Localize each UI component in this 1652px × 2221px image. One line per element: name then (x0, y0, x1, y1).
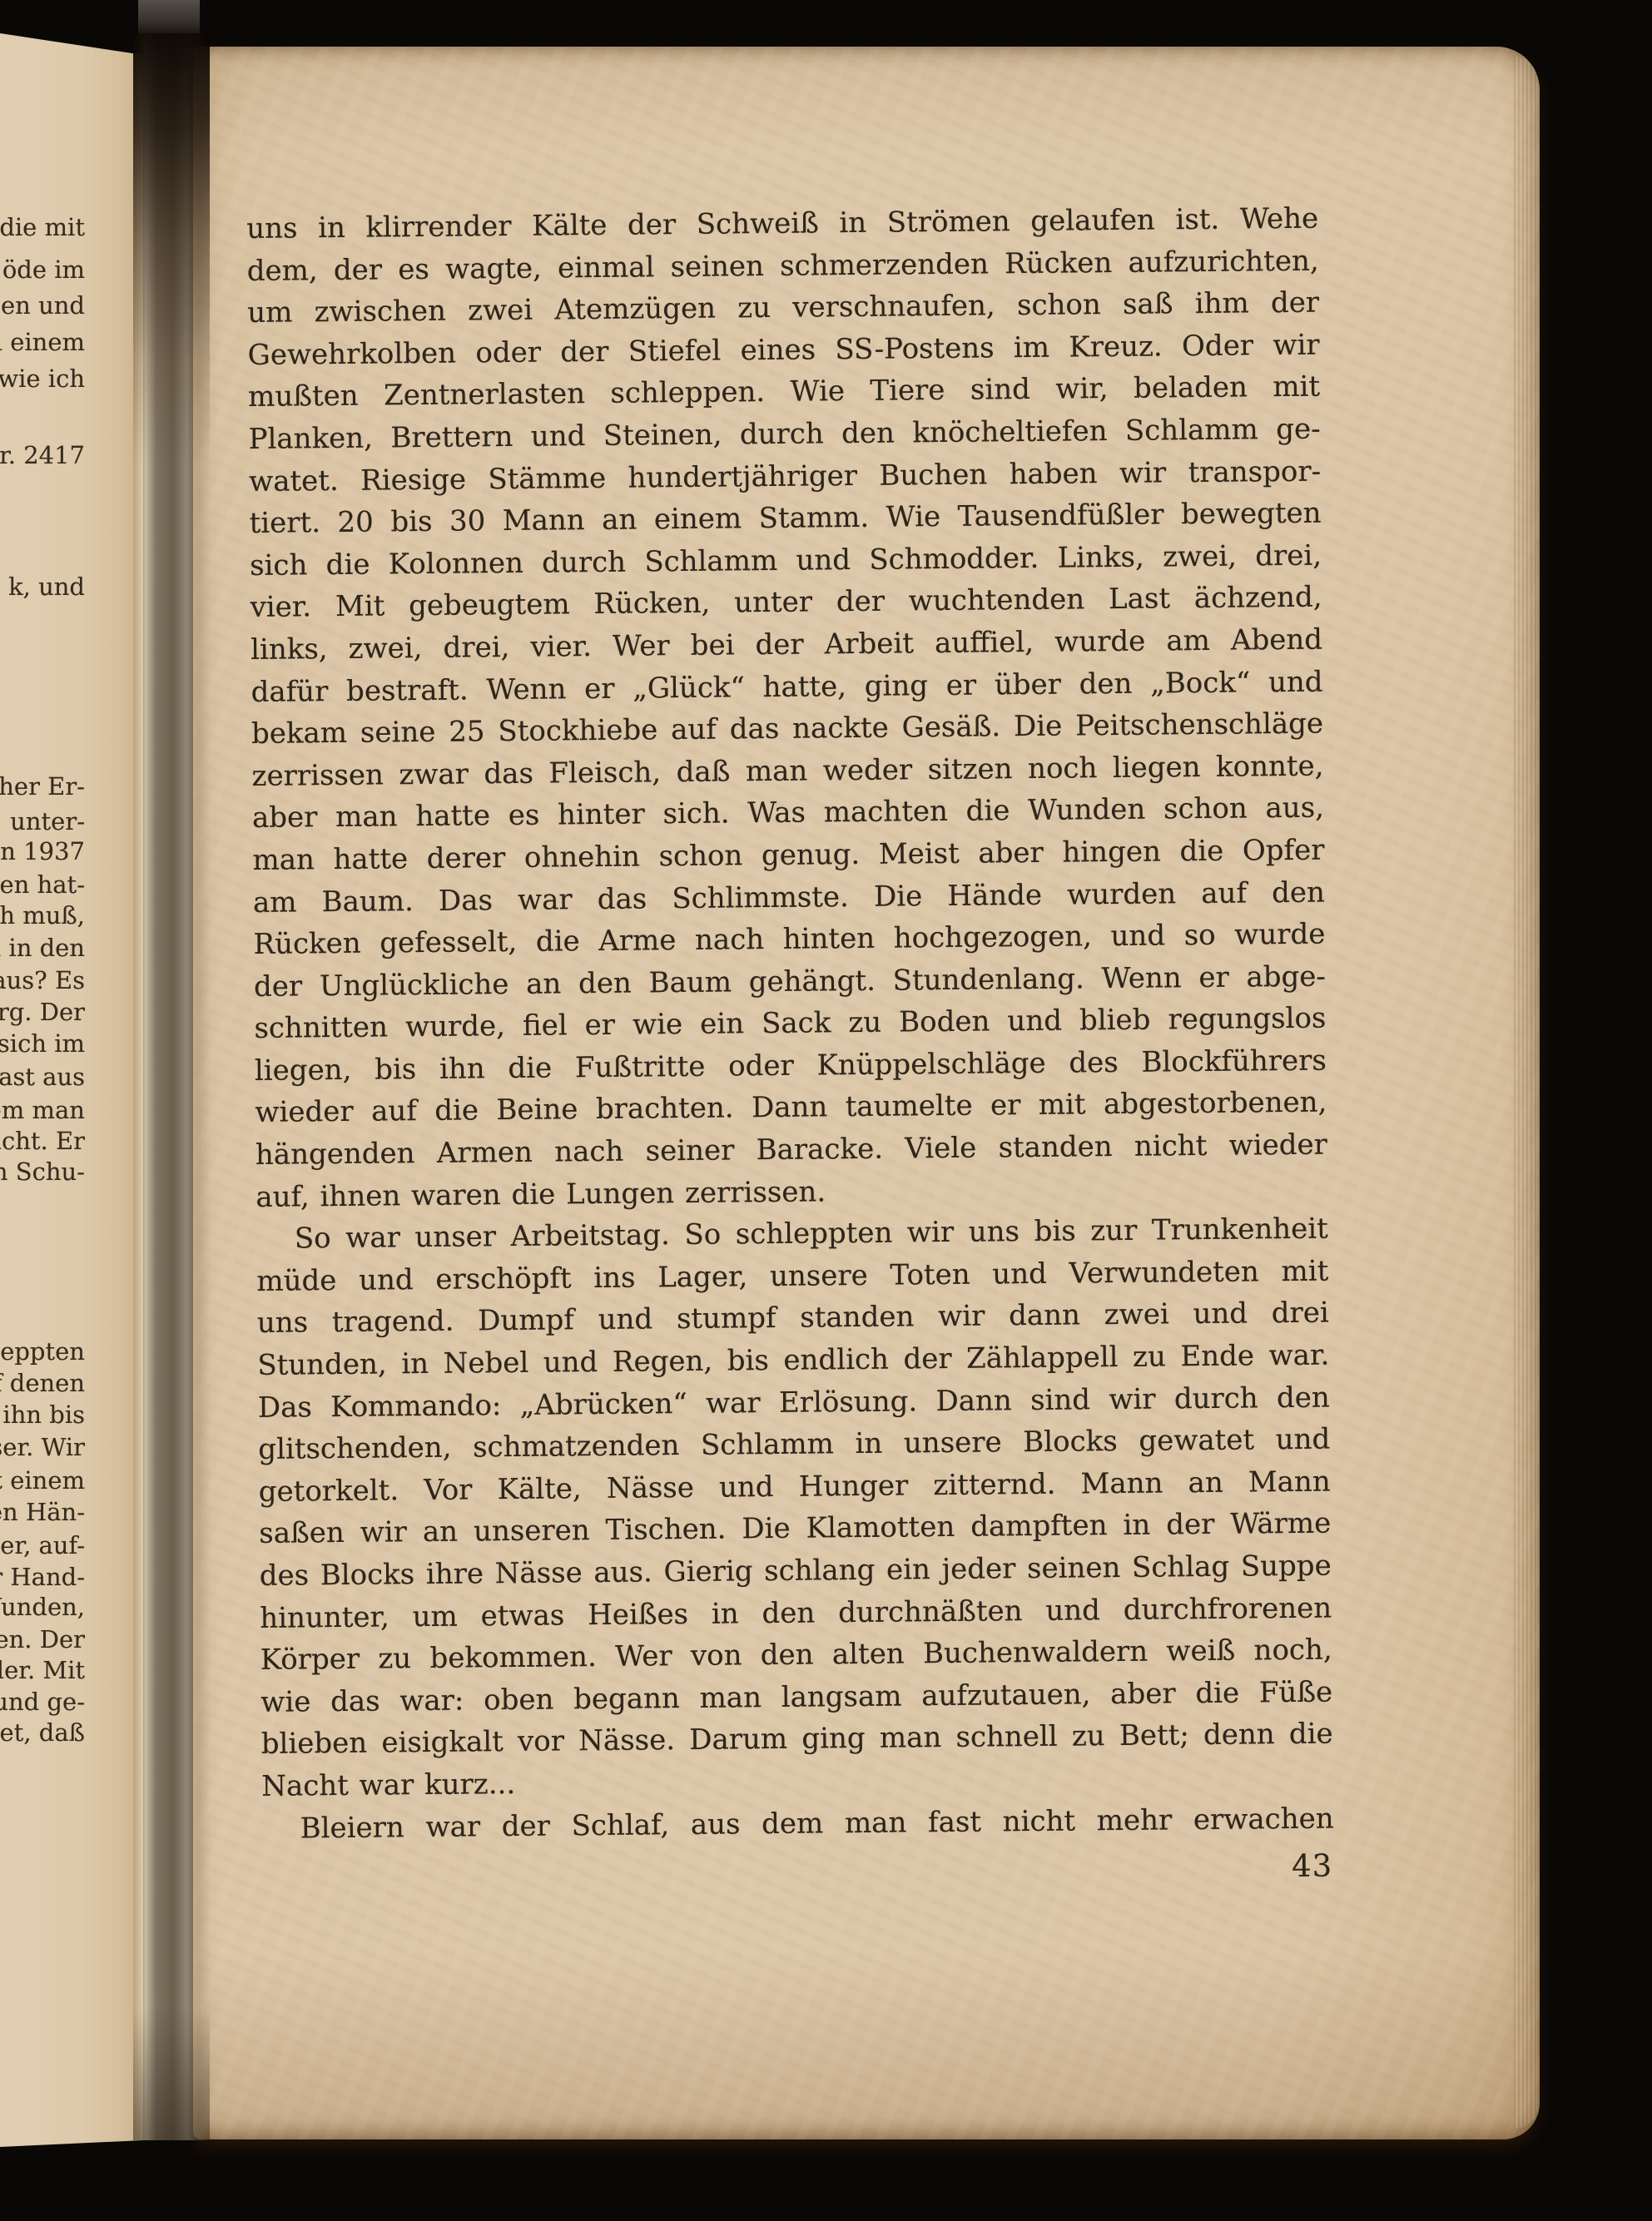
left-page-text-fragment: sich im (0, 1029, 85, 1058)
book-scan: die mitöde imen undı einemwie ichNr. 241… (0, 0, 1652, 2221)
left-page-text-fragment: die mit (0, 213, 85, 241)
left-page-text-fragment: it einem (0, 1466, 85, 1495)
page-text-block: uns in klirrender Kälte der Schweiß in S… (246, 198, 1334, 1894)
left-page-text-fragment: llen. Der (0, 1625, 85, 1653)
left-page-text-fragment: erg. Der (0, 998, 85, 1026)
left-page-text-fragment: en und (1, 291, 85, 320)
page-text-lines: uns in klirrender Kälte der Schweiß in S… (246, 198, 1334, 1850)
left-page-text-fragment: öde im (2, 255, 85, 284)
left-page-text-fragment: Nr. 2417 (0, 441, 85, 469)
left-page-text-fragment: rast aus (0, 1063, 85, 1091)
left-page-text-fragment: aus? Es (0, 966, 85, 994)
left-page-text-fragment: r Hand- (0, 1563, 85, 1591)
left-page-text-fragment: em man (0, 1096, 85, 1124)
left-page-text-fragment: lter, auf- (0, 1531, 85, 1559)
left-page-text-fragment: ı ihn bis (0, 1401, 85, 1429)
left-page-text-fragment: acht. Er (0, 1127, 85, 1155)
left-page-edge: die mitöde imen undı einemwie ichNr. 241… (0, 33, 143, 2152)
left-page-text-fragment: ser. Wir (0, 1433, 85, 1461)
left-page-text-fragment: ı einem (0, 328, 85, 356)
left-page-text-fragment: k, und (8, 573, 85, 601)
left-page-text-fragment: wie ich (0, 364, 85, 393)
page-number: 43 (262, 1848, 1334, 1894)
spine-top (138, 0, 200, 37)
left-page-text-fragment: und ge- (0, 1688, 85, 1716)
left-page-text-fragment: tet, daß (0, 1718, 85, 1747)
book-page: uns in klirrender Kälte der Schweiß in S… (193, 47, 1540, 2139)
left-page-text-fragment: len Hän- (0, 1498, 85, 1526)
left-page-text-fragment: her Er- (0, 772, 85, 801)
left-page-text-fragment: en hat- (0, 870, 85, 899)
left-page-text-fragment: eder. Mit (0, 1656, 85, 1684)
left-page-text-fragment: ı in den (0, 934, 85, 962)
left-page-text-fragment: Wunden, (0, 1593, 85, 1621)
left-page-text-fragment: n Schu- (0, 1158, 85, 1186)
left-page-text-fragment: unter- (10, 807, 85, 835)
left-page-text-fragment: ch muß, (0, 901, 85, 930)
left-page-text-fragment: uf denen (0, 1369, 85, 1397)
left-page-text-fragment: en 1937 (0, 837, 85, 865)
page-edge-stack (1514, 57, 1537, 2128)
left-page-text-fragment: hleppten (0, 1337, 85, 1366)
